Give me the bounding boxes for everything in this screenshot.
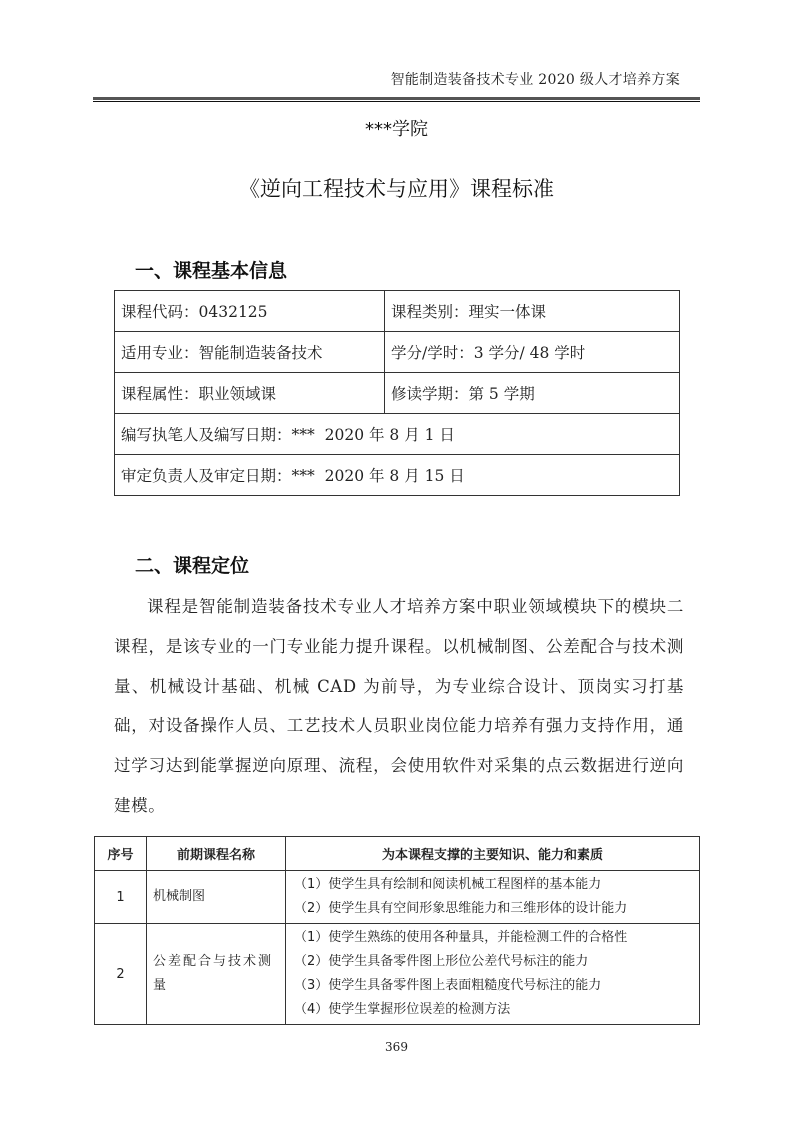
table-header-row: 序号 前期课程名称 为本课程支撑的主要知识、能力和素质: [95, 837, 700, 871]
support-item: （1）使学生熟练的使用各种量具，并能检测工件的合格性: [294, 926, 691, 950]
paragraph-text: 课程是智能制造装备技术专业人才培养方案中职业领域模块下的模块二课程，是该专业的一…: [114, 587, 684, 826]
support-items: （1）使学生熟练的使用各种量具，并能检测工件的合格性 （2）使学生具备零件图上形…: [286, 924, 700, 1025]
header-support: 为本课程支撑的主要知识、能力和素质: [286, 837, 700, 871]
table-row: 1 机械制图 （1）使学生具有绘制和阅读机械工程图样的基本能力 （2）使学生具有…: [95, 871, 700, 924]
table-row: 课程属性：职业领域课 修读学期：第 5 学期: [115, 373, 680, 414]
course-name: 机械制图: [147, 871, 286, 924]
prerequisite-courses-table: 序号 前期课程名称 为本课程支撑的主要知识、能力和素质 1 机械制图 （1）使学…: [94, 836, 700, 1025]
row-number: 1: [95, 871, 147, 924]
reviewer-date-cell: 审定负责人及审定日期：*** 2020 年 8 月 15 日: [115, 455, 680, 496]
support-item: （2）使学生具有空间形象思维能力和三维形体的设计能力: [294, 897, 691, 921]
page-number: 369: [0, 1040, 793, 1054]
table-row: 审定负责人及审定日期：*** 2020 年 8 月 15 日: [115, 455, 680, 496]
support-item: （2）使学生具备零件图上形位公差代号标注的能力: [294, 950, 691, 974]
support-item: （3）使学生具备零件图上表面粗糙度代号标注的能力: [294, 974, 691, 998]
header-rule: [93, 97, 700, 100]
school-name: ***学院: [0, 115, 793, 141]
major-cell: 适用专业：智能制造装备技术: [115, 332, 385, 373]
header-course-name: 前期课程名称: [147, 837, 286, 871]
support-items: （1）使学生具有绘制和阅读机械工程图样的基本能力 （2）使学生具有空间形象思维能…: [286, 871, 700, 924]
row-number: 2: [95, 924, 147, 1025]
course-name: 公差配合与技术测量: [147, 924, 286, 1025]
support-item: （4）使学生掌握形位误差的检测方法: [294, 998, 691, 1022]
author-date-cell: 编写执笔人及编写日期：*** 2020 年 8 月 1 日: [115, 414, 680, 455]
semester-cell: 修读学期：第 5 学期: [385, 373, 680, 414]
running-header: 智能制造装备技术专业 2020 级人才培养方案: [391, 69, 680, 89]
table-row: 适用专业：智能制造装备技术 学分/学时：3 学分/ 48 学时: [115, 332, 680, 373]
table-row: 课程代码：0432125 课程类别：理实一体课: [115, 291, 680, 332]
course-positioning-paragraph: 课程是智能制造装备技术专业人才培养方案中职业领域模块下的模块二课程，是该专业的一…: [114, 587, 684, 826]
course-code-cell: 课程代码：0432125: [115, 291, 385, 332]
header-number: 序号: [95, 837, 147, 871]
support-item: （1）使学生具有绘制和阅读机械工程图样的基本能力: [294, 873, 691, 897]
table-row: 2 公差配合与技术测量 （1）使学生熟练的使用各种量具，并能检测工件的合格性 （…: [95, 924, 700, 1025]
credits-hours-cell: 学分/学时：3 学分/ 48 学时: [385, 332, 680, 373]
course-info-table: 课程代码：0432125 课程类别：理实一体课 适用专业：智能制造装备技术 学分…: [114, 290, 680, 496]
course-attribute-cell: 课程属性：职业领域课: [115, 373, 385, 414]
header-rule-thin: [93, 101, 700, 102]
section1-heading: 一、课程基本信息: [135, 256, 287, 283]
section2-heading: 二、课程定位: [135, 551, 249, 578]
document-title: 《逆向工程技术与应用》课程标准: [0, 173, 793, 203]
table-row: 编写执笔人及编写日期：*** 2020 年 8 月 1 日: [115, 414, 680, 455]
course-category-cell: 课程类别：理实一体课: [385, 291, 680, 332]
